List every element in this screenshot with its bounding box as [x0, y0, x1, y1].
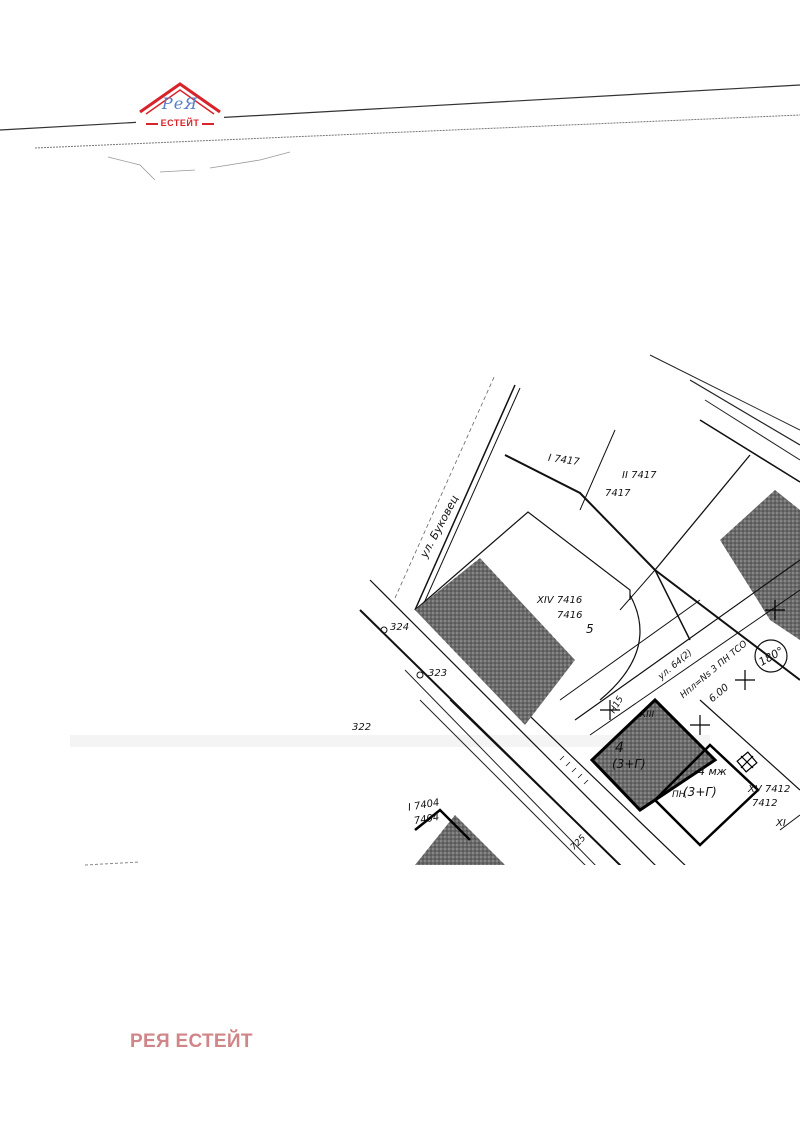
plot-label-xiv-sub: 7416	[557, 610, 582, 621]
document-page: РеЯ ЕСТЕЙТ ул. Буковец I 7417 II 7417 74…	[0, 0, 800, 1140]
plot-label-xiv: XIV 7416	[537, 595, 582, 606]
plot-label-xv-sub: 7412	[752, 798, 777, 809]
logo-monogram: РеЯ	[144, 94, 216, 113]
company-logo: РеЯ ЕСТЕЙТ	[136, 80, 224, 136]
plot-label-ii-sub: 7417	[605, 488, 630, 499]
elevation-322: 322	[352, 722, 371, 733]
elevation-323: 323	[428, 668, 447, 679]
plot-label-xv: XV 7412	[748, 784, 790, 795]
plot-label-xiii: XIII	[640, 710, 654, 720]
building-b-type: (3+Г)	[683, 785, 717, 799]
building-b-floors: 4 мж	[698, 765, 727, 778]
pn-label: ПН	[672, 790, 686, 800]
plot-label-xi: XI	[776, 818, 786, 829]
logo-subtitle: ЕСТЕЙТ	[136, 118, 224, 128]
elevation-324: 324	[390, 622, 409, 633]
building-a-type: (3+Г)	[612, 757, 646, 771]
building-a-floors: 4	[615, 740, 624, 756]
footer-brand: РЕЯ ЕСТЕЙТ	[130, 1031, 253, 1053]
plot-label-ii-7417: II 7417	[622, 470, 657, 481]
plot-number: 5	[586, 622, 594, 636]
cadastral-plan-drawing	[0, 0, 800, 1140]
